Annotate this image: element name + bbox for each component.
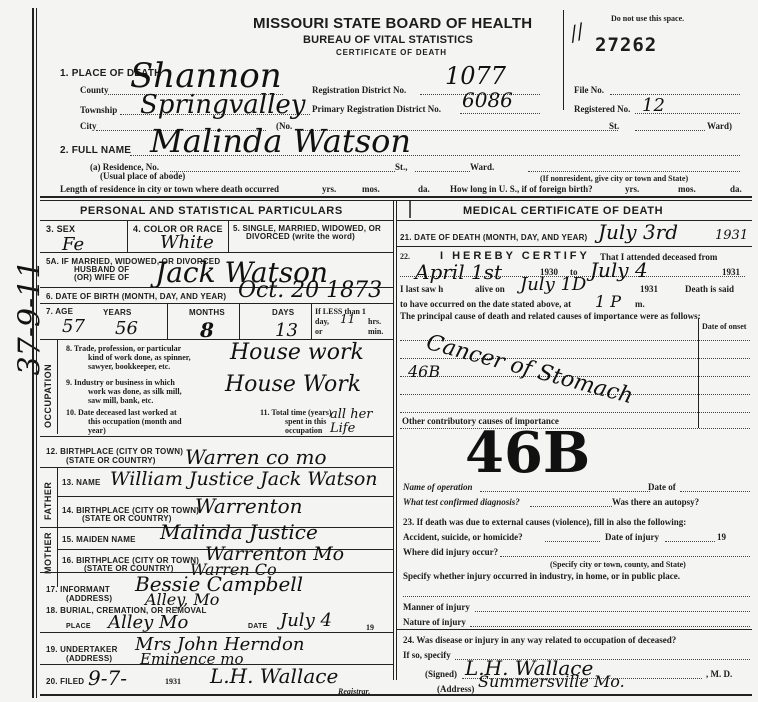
months-label: MONTHS bbox=[189, 308, 225, 317]
primary-reg-value[interactable]: 6086 bbox=[462, 88, 513, 112]
personal-section-title: PERSONAL AND STATISTICAL PARTICULARS bbox=[80, 205, 343, 217]
registered-no-value[interactable]: 12 bbox=[642, 95, 665, 116]
less-or-label: or bbox=[315, 327, 323, 336]
header-title: MISSOURI STATE BOARD OF HEALTH bbox=[253, 15, 532, 32]
file-no-label: File No. bbox=[574, 85, 604, 95]
trade-value[interactable]: House work bbox=[230, 340, 364, 365]
res-st-label: St., bbox=[395, 162, 408, 172]
days-label: DAYS bbox=[272, 308, 294, 317]
burial-date-value[interactable]: July 4 bbox=[280, 610, 332, 631]
mother-side-label: MOTHER bbox=[43, 532, 53, 574]
less-day-label: day, bbox=[315, 317, 329, 326]
foreign-yrs: yrs. bbox=[625, 184, 639, 194]
total-time-label-2: spent in this bbox=[285, 417, 326, 426]
industry-label-3: saw mill, bank, etc. bbox=[88, 396, 153, 405]
last-saw-year-value: 1931 bbox=[640, 284, 658, 294]
father-birth-value[interactable]: Warrenton bbox=[195, 494, 303, 518]
external-label: 23. If death was due to external causes … bbox=[403, 517, 686, 527]
trade-label: 8. Trade, profession, or particular bbox=[66, 344, 181, 353]
header-divider bbox=[563, 10, 564, 110]
do-not-use-label: Do not use this space. bbox=[611, 14, 684, 23]
date-of-label: Date of bbox=[648, 482, 676, 492]
reg-district-value[interactable]: 1077 bbox=[445, 62, 506, 90]
death-said-label: Death is said bbox=[685, 284, 734, 294]
township-value[interactable]: Springvalley bbox=[140, 90, 305, 120]
q24-label: 24. Was disease or injury in any way rel… bbox=[403, 635, 676, 645]
address-value[interactable]: Summersville Mo. bbox=[478, 672, 625, 691]
spouse-label-3: (OR) WIFE OF bbox=[74, 273, 129, 282]
county-label: County bbox=[80, 85, 109, 95]
full-name-label: 2. FULL NAME bbox=[60, 145, 131, 156]
filed-label: 20. FILED bbox=[46, 677, 84, 686]
time-value[interactable]: 1 P bbox=[595, 292, 621, 311]
registrar-value[interactable]: L.H. Wallace bbox=[210, 664, 338, 688]
birthplace-value[interactable]: Warren co mo bbox=[185, 445, 327, 469]
operation-label: Name of operation bbox=[403, 482, 473, 492]
address-label: (Address) bbox=[437, 684, 474, 694]
trade-label-2: kind of work done, as spinner, bbox=[88, 353, 191, 362]
checkmark: // bbox=[566, 18, 587, 45]
header-cert-title: CERTIFICATE OF DEATH bbox=[336, 48, 447, 57]
total-time-label: 11. Total time (years) bbox=[260, 408, 332, 417]
less-hrs-value[interactable]: 11 bbox=[340, 312, 355, 326]
nature-label: Nature of injury bbox=[403, 617, 466, 627]
column-divider bbox=[393, 200, 394, 680]
total-time-value[interactable]: all her Life bbox=[330, 408, 390, 436]
full-name-value[interactable]: Malinda Watson bbox=[150, 122, 411, 160]
yrs-label: yrs. bbox=[322, 184, 336, 194]
stamp-number: 27262 bbox=[595, 34, 657, 56]
foreign-mos: mos. bbox=[678, 184, 696, 194]
specify-city-label: (Specify city or town, county, and State… bbox=[550, 560, 686, 569]
filed-date[interactable]: 9-7- bbox=[88, 666, 127, 690]
birthplace-label: 12. BIRTHPLACE (CITY OR TOWN) bbox=[46, 447, 183, 456]
city-label: City bbox=[80, 121, 97, 131]
trade-label-3: sawyer, bookkeeper, etc. bbox=[88, 362, 170, 371]
accident-label: Accident, suicide, or homicide? bbox=[403, 532, 523, 542]
death-date-label: 21. DATE OF DEATH (MONTH, DAY, AND YEAR) bbox=[400, 233, 587, 242]
to-date-value[interactable]: July 4 bbox=[590, 258, 648, 282]
da-label: da. bbox=[418, 184, 430, 194]
death-date-value[interactable]: July 3rd bbox=[598, 220, 678, 244]
occupation-side-label: OCCUPATION bbox=[43, 364, 53, 428]
ward-label: Ward) bbox=[707, 121, 732, 131]
from-date-value[interactable]: April 1st bbox=[415, 260, 502, 284]
where-label: Where did injury occur? bbox=[403, 547, 498, 557]
total-time-label-3: occupation bbox=[285, 426, 322, 435]
informant-sub: (ADDRESS) bbox=[66, 594, 112, 603]
burial-year-value: 19 bbox=[366, 623, 374, 632]
alive-on-label: alive on bbox=[475, 284, 505, 294]
father-name-label: 13. NAME bbox=[62, 478, 101, 487]
marital-label-2: DIVORCED (write the word) bbox=[246, 232, 355, 241]
registered-no-label: Registered No. bbox=[574, 104, 630, 114]
industry-label-2: work was done, as silk mill, bbox=[88, 387, 182, 396]
last-saw-date-value[interactable]: July 1D bbox=[520, 274, 586, 295]
birthplace-sub: (STATE OR COUNTRY) bbox=[66, 456, 156, 465]
principal-label: The principal cause of death and related… bbox=[400, 311, 701, 321]
industry-value[interactable]: House Work bbox=[225, 372, 361, 397]
nonresident-note: (If nonresident, give city or town and S… bbox=[540, 174, 688, 183]
left-border bbox=[32, 8, 34, 698]
dob-label: 6. DATE OF BIRTH (MONTH, DAY, AND YEAR) bbox=[46, 292, 226, 301]
primary-reg-label: Primary Registration District No. bbox=[312, 104, 441, 114]
mos-label: mos. bbox=[362, 184, 380, 194]
injury-date-label: Date of injury bbox=[605, 532, 659, 542]
certify-num: 22. bbox=[400, 252, 410, 261]
age-prefix-value[interactable]: 57 bbox=[62, 316, 85, 337]
residence-sub: (Usual place of abode) bbox=[100, 171, 185, 181]
min-label: min. bbox=[368, 327, 383, 336]
m-label: m. bbox=[635, 299, 645, 309]
father-name-value[interactable]: William Justice Jack Watson bbox=[110, 468, 378, 490]
autopsy-label: Was there an autopsy? bbox=[612, 497, 699, 507]
cause-code-value[interactable]: 46B bbox=[408, 362, 440, 381]
informant-label: 17. INFORMANT bbox=[46, 585, 110, 594]
section-divider bbox=[40, 196, 752, 198]
left-border-inner bbox=[36, 8, 37, 698]
mother-name-value[interactable]: Malinda Justice bbox=[160, 520, 318, 544]
manner-label: Manner of injury bbox=[403, 602, 470, 612]
reg-district-label: Registration District No. bbox=[312, 85, 406, 95]
if-so-label: If so, specify bbox=[403, 650, 451, 660]
industry-label: 9. Industry or business in which bbox=[66, 378, 175, 387]
medical-section-title: MEDICAL CERTIFICATE OF DEATH bbox=[463, 205, 663, 217]
years-label: YEARS bbox=[103, 308, 132, 317]
length-label: Length of residence in city or town wher… bbox=[60, 184, 279, 194]
father-side-label: FATHER bbox=[43, 482, 53, 520]
res-ward-label: Ward. bbox=[470, 162, 494, 172]
death-year-value[interactable]: 1931 bbox=[715, 228, 748, 243]
header-subtitle: BUREAU OF VITAL STATISTICS bbox=[303, 34, 473, 46]
foreign-da: da. bbox=[730, 184, 742, 194]
last-worked-label: 10. Date deceased last worked at bbox=[66, 408, 177, 417]
undertaker-label: 19. UNDERTAKER bbox=[46, 645, 118, 654]
burial-date-label: DATE bbox=[248, 623, 267, 630]
years-value[interactable]: 56 bbox=[115, 318, 138, 339]
color-value[interactable]: White bbox=[160, 232, 214, 253]
to-year-value: 1931 bbox=[722, 267, 740, 277]
last-saw-label: I last saw h bbox=[400, 284, 443, 294]
test-label: What test confirmed diagnosis? bbox=[403, 497, 520, 507]
sex-label: 3. SEX bbox=[46, 224, 75, 234]
filed-year: 1931 bbox=[165, 677, 181, 686]
undertaker-sub: (ADDRESS) bbox=[66, 654, 112, 663]
big-code-value[interactable]: 46B bbox=[465, 420, 590, 486]
margin-note: 37-9-11 bbox=[13, 258, 48, 378]
burial-place-value[interactable]: Alley Mo bbox=[108, 612, 188, 633]
last-worked-label-3: year) bbox=[88, 426, 106, 435]
injury-year-label: 19 bbox=[717, 532, 726, 542]
st-label: St. bbox=[609, 121, 619, 131]
specify-where-label: Specify whether injury occurred in indus… bbox=[403, 571, 680, 581]
cause-value[interactable]: Cancer of Stomach bbox=[424, 330, 636, 409]
age-label: 7. AGE bbox=[46, 307, 73, 316]
onset-label: Date of onset bbox=[702, 322, 746, 331]
father-birth-sub: (STATE OR COUNTRY) bbox=[82, 514, 172, 523]
last-worked-label-2: this occupation (month and bbox=[88, 417, 182, 426]
township-label: Township bbox=[80, 105, 117, 115]
signed-label: (Signed) bbox=[425, 669, 457, 679]
mother-name-label: 15. MAIDEN NAME bbox=[62, 535, 136, 544]
burial-place-label: PLACE bbox=[66, 623, 91, 630]
occurred-label: to have occurred on the date stated abov… bbox=[400, 299, 571, 309]
dob-value[interactable]: Oct. 20 1873 bbox=[238, 278, 382, 303]
days-value[interactable]: 13 bbox=[275, 320, 298, 341]
foreign-label: How long in U. S., if of foreign birth? bbox=[450, 184, 593, 194]
hrs-label: hrs. bbox=[368, 317, 381, 326]
md-label: , M. D. bbox=[706, 669, 732, 679]
